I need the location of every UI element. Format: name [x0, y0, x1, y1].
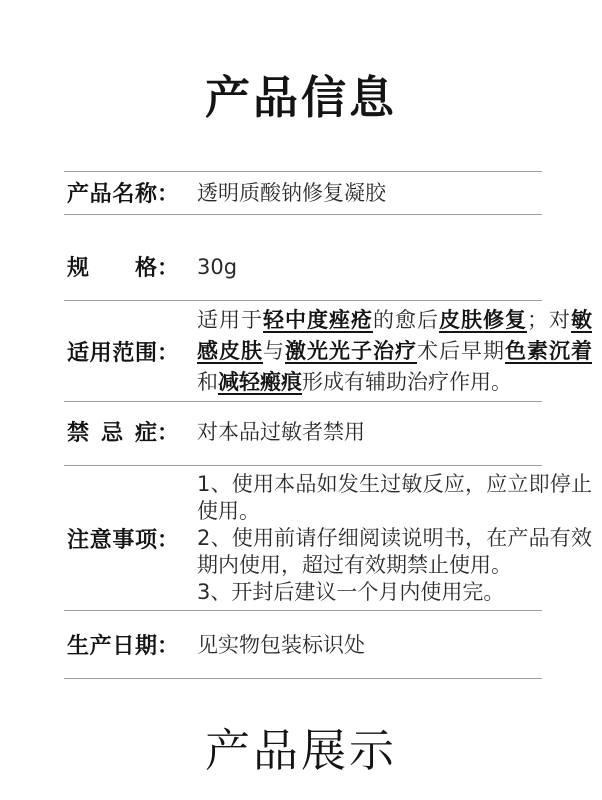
row-contraindication: 禁忌症： 对本品过敏者禁用: [64, 402, 542, 466]
scope-segment: ；对: [527, 308, 571, 332]
label-production-date: 生产日期：: [64, 629, 197, 660]
value-specification: 30g: [197, 253, 592, 281]
scope-segment-emphasized: 皮肤修复: [439, 308, 527, 332]
row-application-scope: 适用范围： 适用于轻中度痤疮的愈后皮肤修复；对敏感皮肤与激光光子治疗术后早期色素…: [64, 301, 542, 402]
label-contraindication: 禁忌症：: [64, 416, 197, 447]
scope-segment: 术后早期: [417, 339, 505, 363]
label-text: 生产日期: [67, 629, 157, 660]
label-specification: 规格：: [64, 251, 197, 282]
label-text: 规格: [67, 251, 157, 282]
row-precautions: 注意事项： 1、使用本品如发生过敏反应，应立即停止使用。 2、使用前请仔细阅读说…: [64, 466, 542, 611]
section-title-product-display: 产品展示: [0, 679, 602, 777]
scope-segment: 形成有辅助治疗作用。: [302, 370, 512, 394]
value-contraindication: 对本品过敏者禁用: [197, 418, 592, 446]
value-production-date: 见实物包装标识处: [197, 631, 592, 659]
scope-segment-emphasized: 激光光子治疗: [285, 339, 417, 363]
scope-segment: 和: [197, 370, 218, 394]
label-precautions: 注意事项：: [64, 523, 197, 554]
row-specification: 规格： 30g: [64, 215, 542, 301]
label-colon: ：: [157, 336, 179, 367]
row-product-name: 产品名称： 透明质酸钠修复凝胶: [64, 172, 542, 215]
precaution-item: 1、使用本品如发生过敏反应，应立即停止使用。: [197, 471, 592, 525]
scope-segment-emphasized: 轻中度痤疮: [263, 308, 373, 332]
precaution-item: 3、开封后建议一个月内使用完。: [197, 579, 592, 606]
label-text: 禁忌症: [67, 416, 157, 447]
label-colon: ：: [157, 629, 179, 660]
scope-segment: 的愈后: [373, 308, 439, 332]
label-text: 注意事项: [67, 523, 157, 554]
label-colon: ：: [157, 523, 179, 554]
label-colon: ：: [157, 177, 179, 208]
product-info-table: 产品名称： 透明质酸钠修复凝胶 规格： 30g 适用范围： 适用于轻中度痤疮的愈…: [64, 171, 542, 679]
scope-segment-emphasized: 色素沉着: [505, 339, 592, 363]
row-production-date: 生产日期： 见实物包装标识处: [64, 611, 542, 679]
scope-segment: 适用于: [197, 308, 263, 332]
label-text: 适用范围: [67, 336, 157, 367]
section-title-product-info: 产品信息: [0, 0, 602, 124]
label-text: 产品名称: [67, 177, 157, 208]
value-product-name: 透明质酸钠修复凝胶: [197, 179, 592, 207]
label-product-name: 产品名称：: [64, 177, 197, 208]
precaution-item: 2、使用前请仔细阅读说明书，在产品有效期内使用，超过有效期禁止使用。: [197, 525, 592, 579]
value-application-scope: 适用于轻中度痤疮的愈后皮肤修复；对敏感皮肤与激光光子治疗术后早期色素沉着和减轻瘢…: [197, 305, 592, 398]
label-colon: ：: [157, 416, 179, 447]
label-colon: ：: [157, 251, 179, 282]
scope-segment: 与: [263, 339, 285, 363]
value-precautions: 1、使用本品如发生过敏反应，应立即停止使用。 2、使用前请仔细阅读说明书，在产品…: [197, 471, 592, 606]
label-application-scope: 适用范围：: [64, 336, 197, 367]
product-detail-page: 产品信息 产品名称： 透明质酸钠修复凝胶 规格： 30g 适用范围： 适用于轻中…: [0, 0, 602, 777]
scope-segment-emphasized: 减轻瘢痕: [218, 370, 302, 394]
